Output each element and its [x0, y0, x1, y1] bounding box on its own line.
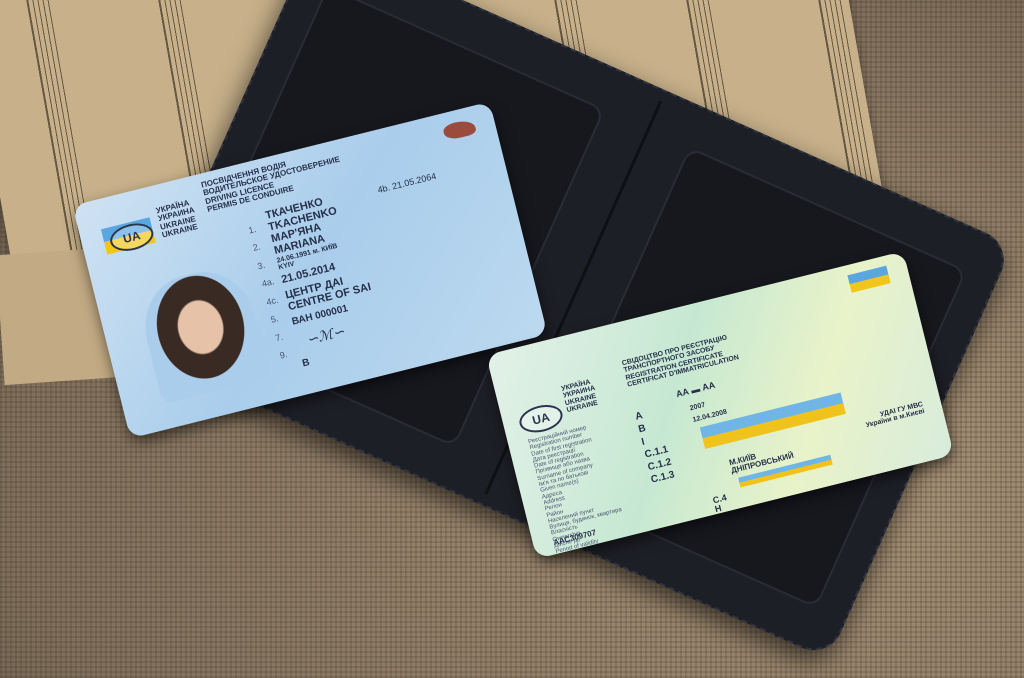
field-codes: A B I C.1.1 C.1.2 C.1.3	[634, 405, 676, 486]
country-name: УКРАЇНА УКРАИНА UKRAINE UKRAINE	[561, 378, 600, 414]
holder-photo	[134, 261, 270, 404]
issuing-authority: УДАІ ГУ МВС України в м.Києві	[864, 401, 926, 430]
document-title: СВІДОЦТВО ПРО РЕЄСТРАЦІЮ ТРАНСПОРТНОГО З…	[621, 333, 740, 389]
registration-plate: АА ▬ АА	[675, 381, 716, 400]
signature-icon: ∽ℳ∽	[305, 324, 346, 348]
licence-category: B	[301, 358, 311, 370]
ukraine-map-icon	[442, 118, 477, 141]
manufacture-year: 2007	[689, 402, 706, 413]
ukraine-flag-icon	[847, 266, 890, 293]
redacted-owner-bar	[700, 392, 846, 448]
country-name: УКРАЇНА УКРАИНА UKRAINE UKRAINE	[155, 198, 200, 240]
expiry-date: 4b. 21.05.2064	[377, 172, 438, 196]
